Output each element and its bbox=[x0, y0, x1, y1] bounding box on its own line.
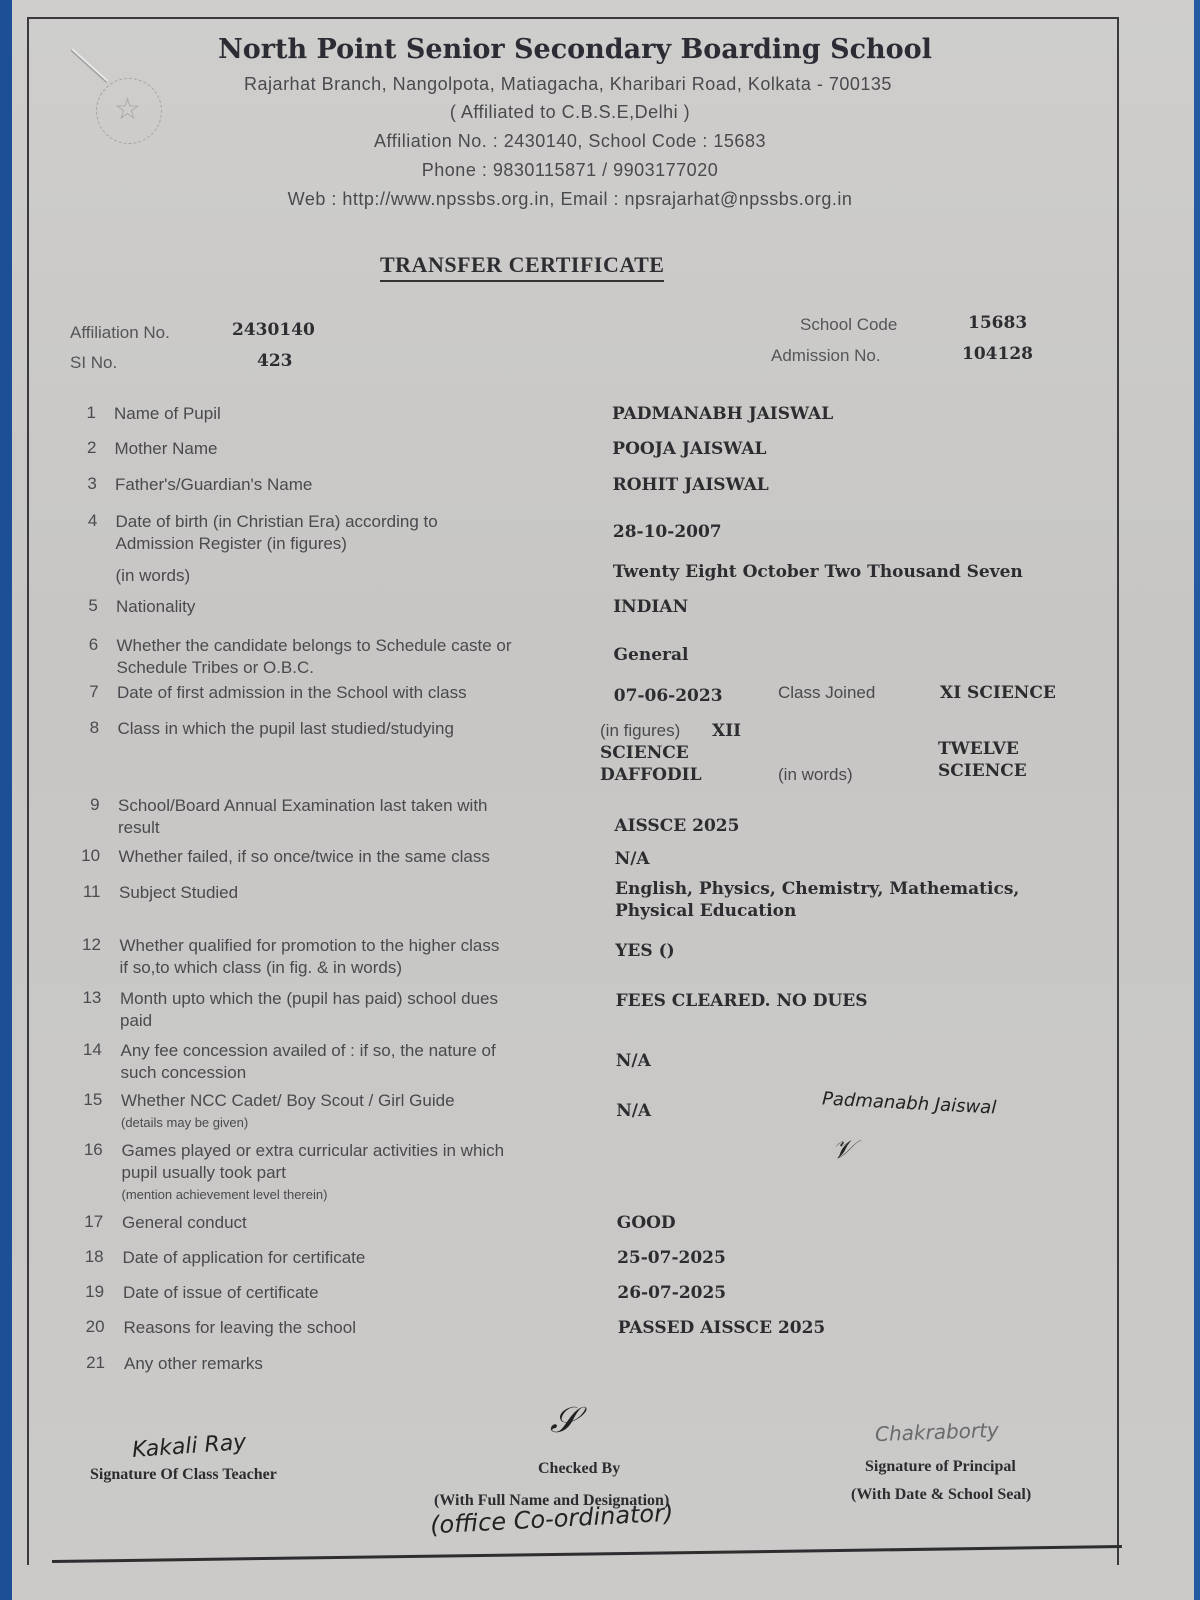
row-value: AISSCE 2025 bbox=[614, 815, 739, 837]
row-value: General bbox=[614, 644, 689, 666]
row-value: N/A bbox=[616, 1050, 651, 1072]
row-number: 3 bbox=[71, 474, 97, 494]
row-number: 18 bbox=[78, 1247, 104, 1267]
row-label: Nationality bbox=[116, 596, 195, 618]
class-joined-label: Class Joined bbox=[778, 682, 875, 704]
in-figures-label: (in figures) bbox=[600, 720, 680, 742]
row-label: Class in which the pupil last studied/st… bbox=[118, 718, 454, 740]
row-label: Date of birth (in Christian Era) accordi… bbox=[116, 511, 438, 533]
row-value: English, Physics, Chemistry, Mathematics… bbox=[615, 878, 1019, 900]
row-label-continued: if so,to which class (in fig. & in words… bbox=[120, 957, 402, 979]
row-number: 9 bbox=[74, 795, 100, 815]
pupil-initials-mark: 𝒱 bbox=[832, 1135, 854, 1166]
row-value: PADMANABH JAISWAL bbox=[612, 403, 833, 425]
principal-signature-mark: Chakraborty bbox=[875, 1418, 1000, 1446]
row-label: School/Board Annual Examination last tak… bbox=[118, 795, 488, 817]
row-label: Whether the candidate belongs to Schedul… bbox=[117, 635, 512, 657]
affiliation-label: Affiliation No. bbox=[70, 323, 170, 343]
background-blue-surface-right bbox=[1194, 0, 1200, 1600]
row-label: Name of Pupil bbox=[114, 403, 221, 425]
row-label: Date of first admission in the School wi… bbox=[117, 682, 467, 704]
row-number: 19 bbox=[78, 1282, 104, 1302]
row-value: PASSED AISSCE 2025 bbox=[618, 1317, 826, 1339]
school-code-label: School Code bbox=[800, 315, 897, 335]
admission-no-label: Admission No. bbox=[771, 346, 881, 366]
row-number: 14 bbox=[76, 1040, 102, 1060]
checked-by-label: Checked By bbox=[538, 1460, 620, 1478]
principal-signature-sublabel: (With Date & School Seal) bbox=[851, 1486, 1031, 1504]
checked-by-sublabel: (With Full Name and Designation) bbox=[434, 1492, 669, 1510]
row-number: 21 bbox=[79, 1353, 105, 1373]
row-number: 20 bbox=[79, 1317, 105, 1337]
row-label-note: (details may be given) bbox=[121, 1112, 248, 1134]
row-number: 11 bbox=[75, 882, 101, 902]
row-number: 17 bbox=[77, 1212, 103, 1232]
background-blue-surface-left bbox=[0, 0, 12, 1600]
row-value: N/A bbox=[615, 848, 650, 870]
row-value: 26-07-2025 bbox=[617, 1282, 726, 1304]
certificate-title: TRANSFER CERTIFICATE bbox=[380, 252, 664, 282]
row-label: Date of application for certificate bbox=[123, 1247, 366, 1269]
class-section-value: DAFFODIL bbox=[600, 764, 702, 786]
affiliation-value: 2430140 bbox=[232, 320, 315, 340]
school-name: North Point Senior Secondary Boarding Sc… bbox=[0, 34, 1165, 65]
row-value: INDIAN bbox=[613, 596, 688, 618]
in-words-label: (in words) bbox=[116, 565, 191, 587]
affiliation-line: Affiliation No. : 2430140, School Code :… bbox=[0, 131, 1140, 152]
principal-signature-label: Signature of Principal bbox=[865, 1458, 1016, 1476]
row-label: Month upto which the (pupil has paid) sc… bbox=[120, 988, 498, 1010]
row-number: 5 bbox=[72, 596, 98, 616]
row-value: 07-06-2023 bbox=[614, 685, 723, 707]
row-label-continued: result bbox=[118, 817, 160, 839]
affiliation-board: ( Affiliated to C.B.S.E,Delhi ) bbox=[0, 102, 1140, 123]
row-label: Whether qualified for promotion to the h… bbox=[120, 935, 500, 957]
row-number: 12 bbox=[75, 935, 101, 955]
class-words-value: TWELVE bbox=[938, 738, 1019, 760]
row-number: 15 bbox=[76, 1090, 102, 1110]
row-label: Father's/Guardian's Name bbox=[115, 474, 312, 496]
row-value: N/A bbox=[616, 1100, 651, 1122]
row-value: YES () bbox=[615, 940, 674, 962]
row-number: 6 bbox=[72, 635, 98, 655]
row-label: Any fee concession availed of : if so, t… bbox=[121, 1040, 496, 1062]
in-words-label: (in words) bbox=[778, 764, 853, 786]
sl-no-label: SI No. bbox=[70, 353, 117, 373]
row-value: 28-10-2007 bbox=[613, 521, 722, 543]
row-label: Mother Name bbox=[115, 438, 218, 460]
row-label: Whether NCC Cadet/ Boy Scout / Girl Guid… bbox=[121, 1090, 455, 1112]
row-number: 4 bbox=[71, 511, 97, 531]
row-label: General conduct bbox=[122, 1212, 247, 1234]
row-value: ROHIT JAISWAL bbox=[613, 474, 769, 496]
row-label-note: (mention achievement level therein) bbox=[122, 1184, 328, 1206]
web-email-line: Web : http://www.npssbs.org.in, Email : … bbox=[0, 189, 1140, 210]
admission-no-value: 104128 bbox=[962, 344, 1033, 364]
row-label: Reasons for leaving the school bbox=[124, 1317, 356, 1339]
phone-line: Phone : 9830115871 / 9903177020 bbox=[0, 160, 1140, 181]
row-label-continued: pupil usually took part bbox=[122, 1162, 286, 1184]
row-label-continued: such concession bbox=[121, 1062, 247, 1084]
row-label: Subject Studied bbox=[119, 882, 238, 904]
row-label: Games played or extra curricular activit… bbox=[122, 1140, 505, 1162]
row-label-continued: Schedule Tribes or O.B.C. bbox=[117, 657, 314, 679]
sl-no-value: 423 bbox=[257, 351, 293, 371]
dob-in-words-value: Twenty Eight October Two Thousand Seven bbox=[613, 561, 1023, 583]
class-joined-value: XI SCIENCE bbox=[940, 682, 1056, 704]
row-label: Date of issue of certificate bbox=[123, 1282, 319, 1304]
row-number: 2 bbox=[70, 438, 96, 458]
row-number: 8 bbox=[73, 718, 99, 738]
row-value: GOOD bbox=[617, 1212, 676, 1234]
row-label: Whether failed, if so once/twice in the … bbox=[119, 846, 490, 868]
row-number: 13 bbox=[75, 988, 101, 1008]
class-words-stream-value: SCIENCE bbox=[938, 760, 1027, 782]
row-value: 25-07-2025 bbox=[617, 1247, 726, 1269]
row-label: Any other remarks bbox=[124, 1353, 263, 1375]
row-value-continued: Physical Education bbox=[615, 900, 796, 922]
row-number: 10 bbox=[74, 846, 100, 866]
school-address: Rajarhat Branch, Nangolpota, Matiagacha,… bbox=[0, 74, 1138, 95]
row-value: POOJA JAISWAL bbox=[612, 438, 766, 460]
row-value: FEES CLEARED. NO DUES bbox=[616, 990, 868, 1012]
row-number: 1 bbox=[70, 403, 96, 423]
class-teacher-signature-label: Signature Of Class Teacher bbox=[90, 1466, 277, 1484]
row-label-continued: Admission Register (in figures) bbox=[116, 533, 347, 555]
class-figures-value: XII bbox=[712, 720, 741, 742]
row-number: 16 bbox=[77, 1140, 103, 1160]
class-stream-value: SCIENCE bbox=[600, 742, 689, 764]
school-code-value: 15683 bbox=[968, 313, 1027, 333]
checker-signature-mark: 𝒮 bbox=[550, 1400, 578, 1442]
row-label-continued: paid bbox=[120, 1010, 152, 1032]
row-number: 7 bbox=[73, 682, 99, 702]
